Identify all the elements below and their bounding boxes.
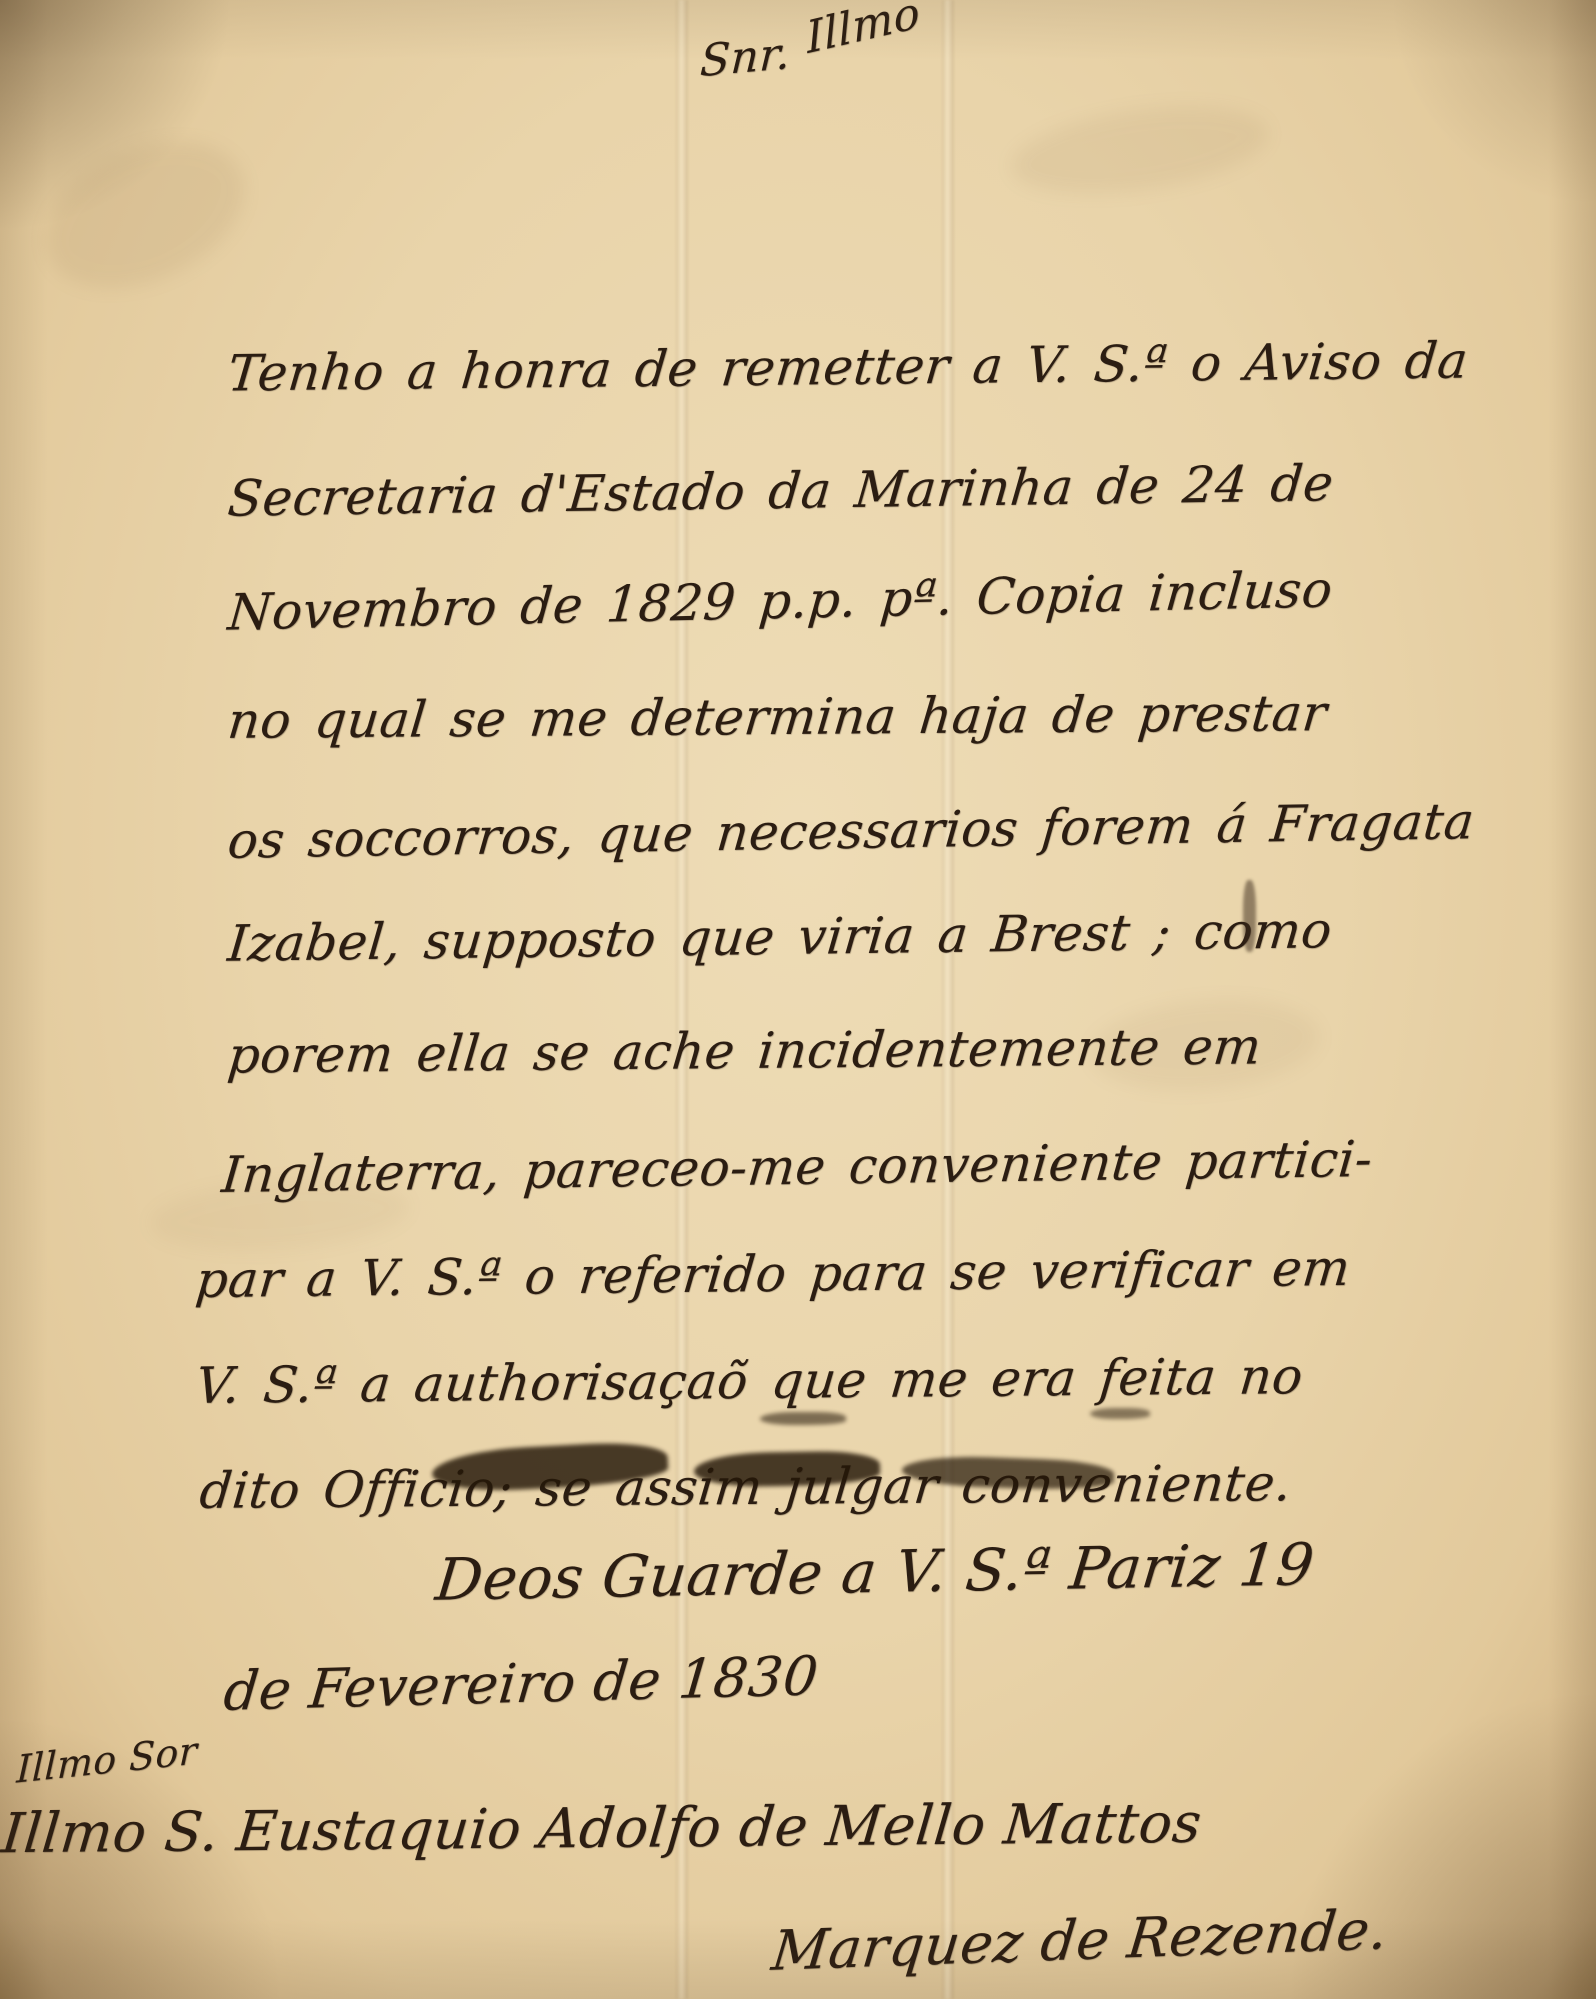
body-line: V. S.ª a authorisaçaõ que me era feita n… <box>193 1347 1305 1415</box>
show-through-mark <box>23 113 268 317</box>
margin-ink-smudge <box>1243 880 1256 952</box>
ink-blot <box>760 1412 846 1425</box>
show-through-mark <box>1006 92 1275 207</box>
body-line: Secretaria d'Estado da Marinha de 24 de <box>225 454 1336 528</box>
letter-page: Illmo Snr. Tenho a honra de remetter a V… <box>0 0 1596 1999</box>
ink-blot <box>1090 1408 1150 1419</box>
body-line: Tenho a honra de remetter a V. S.ª o Avi… <box>225 331 1470 402</box>
closing-line: Deos Guarde a V. S.ª Pariz 19 <box>432 1530 1317 1613</box>
addressee-honorific: Illmo Sor <box>16 1728 198 1791</box>
body-line: Izabel, supposto que viria a Brest ; com… <box>225 901 1334 973</box>
vertical-fold-crease <box>942 0 954 1999</box>
body-line: Novembro de 1829 p.p. pª. Copia incluso <box>226 560 1335 641</box>
signature: Marquez de Rezende. <box>769 1897 1391 1983</box>
salutation-line1: Illmo <box>804 0 922 64</box>
body-line: par a V. S.ª o referido para se verifica… <box>193 1239 1353 1309</box>
salutation-block: Illmo Snr. <box>660 0 1040 105</box>
addressee-name: Illmo S. Eustaquio Adolfo de Mello Matto… <box>0 1791 1205 1866</box>
body-line: porem ella se ache incidentemente em <box>225 1017 1264 1084</box>
body-line: no qual se me determina haja de prestar <box>225 684 1329 750</box>
body-line: Inglaterra, pareceo-me conveniente parti… <box>219 1130 1375 1204</box>
date-line: de Fevereiro de 1830 <box>221 1644 821 1723</box>
salutation-line2: Snr. <box>699 28 792 87</box>
body-line: os soccorros, que necessarios forem á Fr… <box>225 792 1476 870</box>
